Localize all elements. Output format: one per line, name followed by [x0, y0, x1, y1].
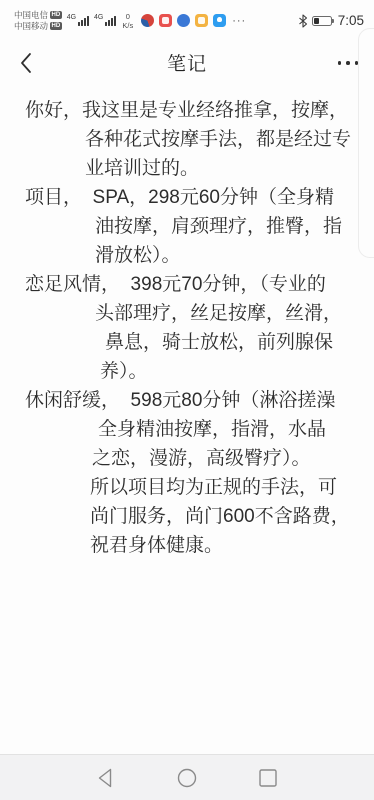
red-blue-circle-app-icon [141, 14, 154, 27]
blue-globe-app-icon [177, 14, 190, 27]
note-line: 全身精油按摩，指滑，水晶 [25, 415, 374, 444]
battery-icon [312, 16, 332, 26]
note-content: 你好，我这里是专业经络推拿，按摩，各种花式按摩手法，都是经过专业培训过的。项目，… [0, 86, 374, 560]
note-line: 祝君身体健康。 [25, 531, 374, 560]
status-bar: 中国电信 HD 中国移动 HD 4G 4G 0 K/s ··· [0, 0, 374, 38]
hd-badge-1: HD [50, 11, 62, 19]
back-button[interactable] [10, 46, 44, 80]
note-line: 项目， SPA，298元60分钟（全身精 [25, 183, 374, 212]
page-title: 笔记 [167, 49, 207, 76]
more-notifications-indicator: ··· [232, 15, 246, 27]
network-type-label-1: 4G [67, 14, 76, 21]
circle-home-icon [176, 767, 198, 789]
note-line: 你好，我这里是专业经络推拿，按摩， [25, 96, 374, 125]
network-speed: 0 K/s [122, 12, 133, 30]
note-text-block: 你好，我这里是专业经络推拿，按摩，各种花式按摩手法，都是经过专业培训过的。项目，… [25, 96, 374, 560]
chevron-left-icon [16, 50, 38, 76]
status-bar-time: 7:05 [338, 13, 364, 28]
note-line: 滑放松）。 [25, 241, 374, 270]
android-nav-bar [0, 754, 374, 800]
note-line: 之恋，漫游，高级臀疗）。 [25, 444, 374, 473]
square-recents-icon [257, 767, 279, 789]
more-button[interactable] [336, 50, 361, 76]
triangle-back-icon [95, 767, 117, 789]
signal-strength-icon-sim2: 4G [94, 16, 116, 26]
note-header: 笔记 [0, 38, 374, 86]
phone-screen: 中国电信 HD 中国移动 HD 4G 4G 0 K/s ··· [0, 0, 374, 800]
signal-bars-icon-1 [78, 16, 89, 26]
nav-home-button[interactable] [175, 766, 199, 790]
carrier-name-2: 中国移动 [14, 21, 48, 32]
nav-back-button[interactable] [94, 766, 118, 790]
blue-bulb-app-icon [213, 14, 226, 27]
note-line: 业培训过的。 [25, 154, 374, 183]
note-line: 尚门服务，尚门600不含路费， [25, 502, 374, 531]
battery-fill [314, 18, 319, 24]
note-line: 所以项目均为正规的手法，可 [25, 473, 374, 502]
nav-recents-button[interactable] [256, 766, 280, 790]
note-line: 油按摩，肩颈理疗，推臀，指 [25, 212, 374, 241]
note-line: 鼻息，骑士放松，前列腺保 [25, 328, 374, 357]
status-bar-right: 7:05 [298, 13, 364, 28]
note-line: 头部理疗，丝足按摩，丝滑， [25, 299, 374, 328]
notification-icons [141, 14, 226, 27]
bluetooth-icon [298, 14, 308, 28]
signal-bars-icon-2 [105, 16, 116, 26]
network-speed-unit: K/s [122, 21, 133, 30]
note-line: 恋足风情， 398元70分钟，（专业的 [25, 270, 374, 299]
network-speed-value: 0 [122, 12, 133, 21]
red-square-app-icon [159, 14, 172, 27]
note-line: 养）。 [25, 357, 374, 386]
network-type-label-2: 4G [94, 14, 103, 21]
carrier-labels: 中国电信 HD 中国移动 HD [14, 10, 62, 32]
note-line: 各种花式按摩手法，都是经过专 [25, 125, 374, 154]
signal-strength-icon-sim1: 4G [67, 16, 89, 26]
hd-badge-2: HD [50, 22, 62, 30]
yellow-square-app-icon [195, 14, 208, 27]
ellipsis-icon [338, 61, 359, 65]
carrier-name-1: 中国电信 [14, 10, 48, 21]
note-line: 休闲舒缓， 598元80分钟（淋浴搓澡 [25, 386, 374, 415]
